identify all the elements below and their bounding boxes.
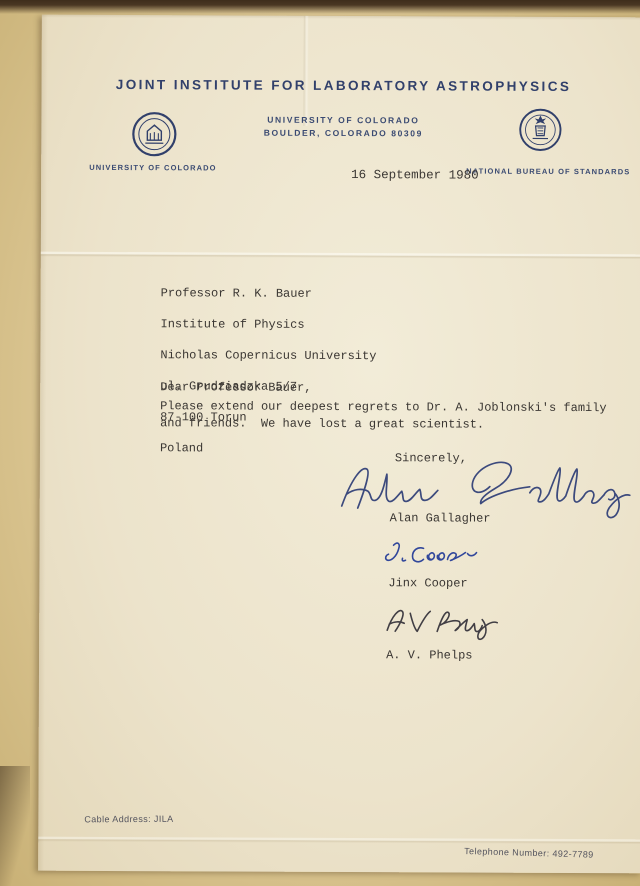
photograph-of-letter: JOINT INSTITUTE FOR LABORATORY ASTROPHYS… <box>0 0 640 886</box>
left-seal-label: UNIVERSITY OF COLORADO <box>89 163 216 173</box>
cable-address-note: Cable Address: JILA <box>84 814 173 825</box>
salutation: Dear Professor Bauer, <box>160 380 311 395</box>
right-seal-label: NATIONAL BUREAU OF STANDARDS <box>466 167 630 177</box>
letter-sheet: JOINT INSTITUTE FOR LABORATORY ASTROPHYS… <box>38 15 640 874</box>
fold-crease <box>41 252 640 260</box>
date-line: 16 September 1980 <box>351 168 479 183</box>
typed-name-alan-gallagher: Alan Gallagher <box>390 511 491 525</box>
national-bureau-of-standards-seal-icon <box>517 107 563 153</box>
university-of-colorado-seal-icon <box>130 110 178 158</box>
telephone-number-note: Telephone Number: 492-7789 <box>464 846 594 860</box>
letterhead-title: JOINT INSTITUTE FOR LABORATORY ASTROPHYS… <box>42 77 640 95</box>
typed-name-av-phelps: A. V. Phelps <box>386 648 472 662</box>
recipient-line: Professor R. K. Bauer <box>161 286 312 301</box>
fold-crease <box>38 837 640 845</box>
photo-corner-shadow <box>0 766 30 886</box>
fold-crease <box>303 16 308 126</box>
letter-body: Please extend our deepest regrets to Dr.… <box>160 398 607 433</box>
signature-jinx-cooper <box>379 538 479 572</box>
recipient-line: Institute of Physics <box>160 317 304 332</box>
recipient-line: Nicholas Copernicus University <box>160 348 376 363</box>
typed-name-jinx-cooper: Jinx Cooper <box>388 576 467 590</box>
recipient-line: Poland <box>160 441 203 455</box>
signature-av-phelps <box>379 602 499 645</box>
